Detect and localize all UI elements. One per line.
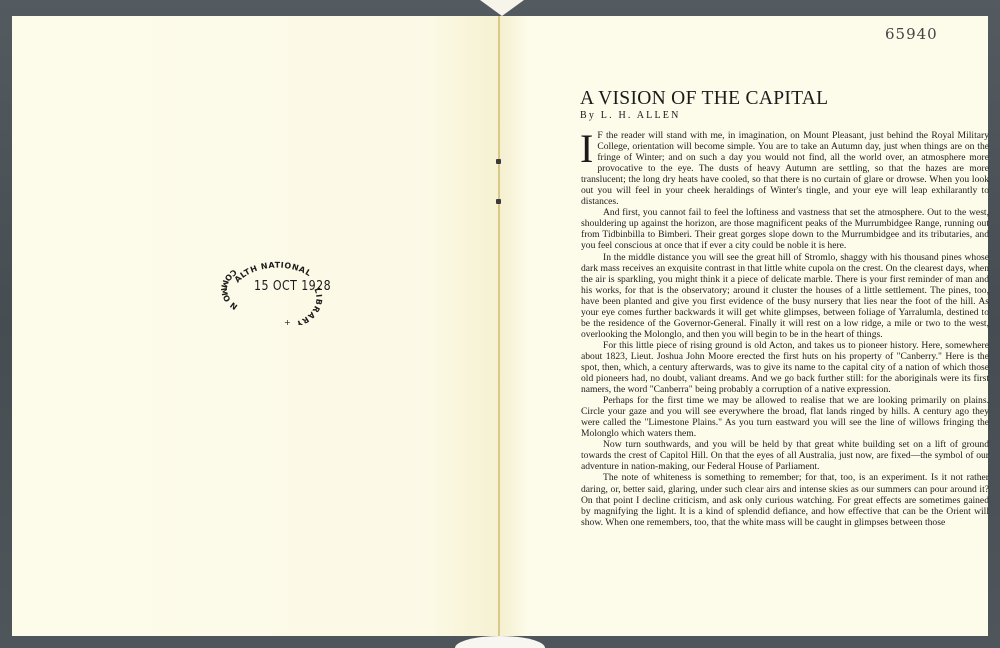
stamp-date: 15 OCT 1928 <box>254 279 331 294</box>
paragraph: For this little piece of rising ground i… <box>581 340 989 395</box>
paragraph: In the middle distance you will see the … <box>581 252 989 340</box>
article-body: IF the reader will stand with me, in ima… <box>581 130 989 528</box>
svg-text:COMMO N: COMMO N <box>219 267 240 312</box>
staple-mark-top <box>496 159 501 164</box>
spine-gutter <box>498 16 500 636</box>
library-stamp: ALTH NATIONAL COMMO N LIBRARY + 15 OCT 1… <box>214 255 326 325</box>
staple-mark-bottom <box>496 199 501 204</box>
paragraph: And first, you cannot fail to feel the l… <box>581 207 989 251</box>
top-notch <box>480 0 524 16</box>
paragraph: Now turn southwards, and you will be hel… <box>581 439 989 472</box>
svg-text:+: + <box>284 318 291 325</box>
paragraph: The note of whiteness is something to re… <box>581 472 989 527</box>
left-page <box>12 16 499 636</box>
drop-cap: I <box>580 132 593 166</box>
article-byline: By L. H. ALLEN <box>580 110 681 121</box>
accession-number: 65940 <box>885 25 938 43</box>
paragraph: IF the reader will stand with me, in ima… <box>581 130 989 207</box>
article-title: A VISION OF THE CAPITAL <box>580 88 828 110</box>
paragraph: Perhaps for the first time we may be all… <box>581 395 989 439</box>
